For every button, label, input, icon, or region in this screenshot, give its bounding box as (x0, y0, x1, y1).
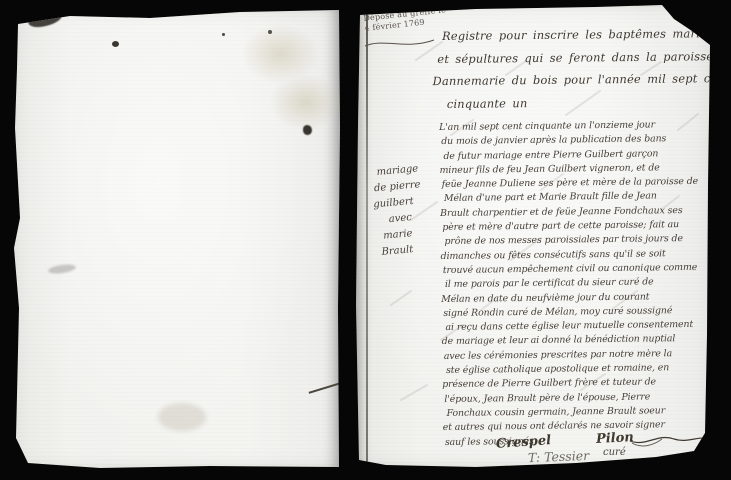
underline-flourish (362, 35, 438, 51)
water-stain (240, 23, 346, 133)
ink-spot (303, 125, 312, 135)
ink-speck (222, 33, 225, 36)
heading-line: Dannemarie du bois pour l'année mil sept… (432, 67, 731, 93)
signature-pilon-title: curé (603, 447, 626, 458)
right-page-act: Déposé au greffe le 4 février 1769 Regis… (356, 5, 710, 467)
heading-line: et sépultures qui se feront dans la paro… (437, 44, 731, 70)
left-page-blank (10, 8, 340, 469)
ink-speck (268, 30, 272, 34)
signature-tessier: T: Tessier (528, 448, 590, 465)
heading-line: cinquante un (447, 89, 731, 115)
register-heading: Registre pour inscrire les baptêmes mari… (442, 22, 731, 115)
heading-line: Registre pour inscrire les baptêmes mari… (442, 22, 731, 48)
margin-note: mariage de pierre guilbert avec marie Br… (376, 161, 427, 260)
ink-smudge (27, 8, 63, 30)
faint-stain (158, 403, 206, 431)
signature-flourish (628, 429, 710, 449)
ink-dot (112, 41, 119, 47)
pen-stroke (309, 380, 348, 394)
scanned-register-spread: Déposé au greffe le 4 février 1769 Regis… (0, 0, 731, 480)
act-body: L'an mil sept cent cinquante un l'onziem… (441, 118, 701, 450)
graphite-smudge (48, 263, 77, 275)
